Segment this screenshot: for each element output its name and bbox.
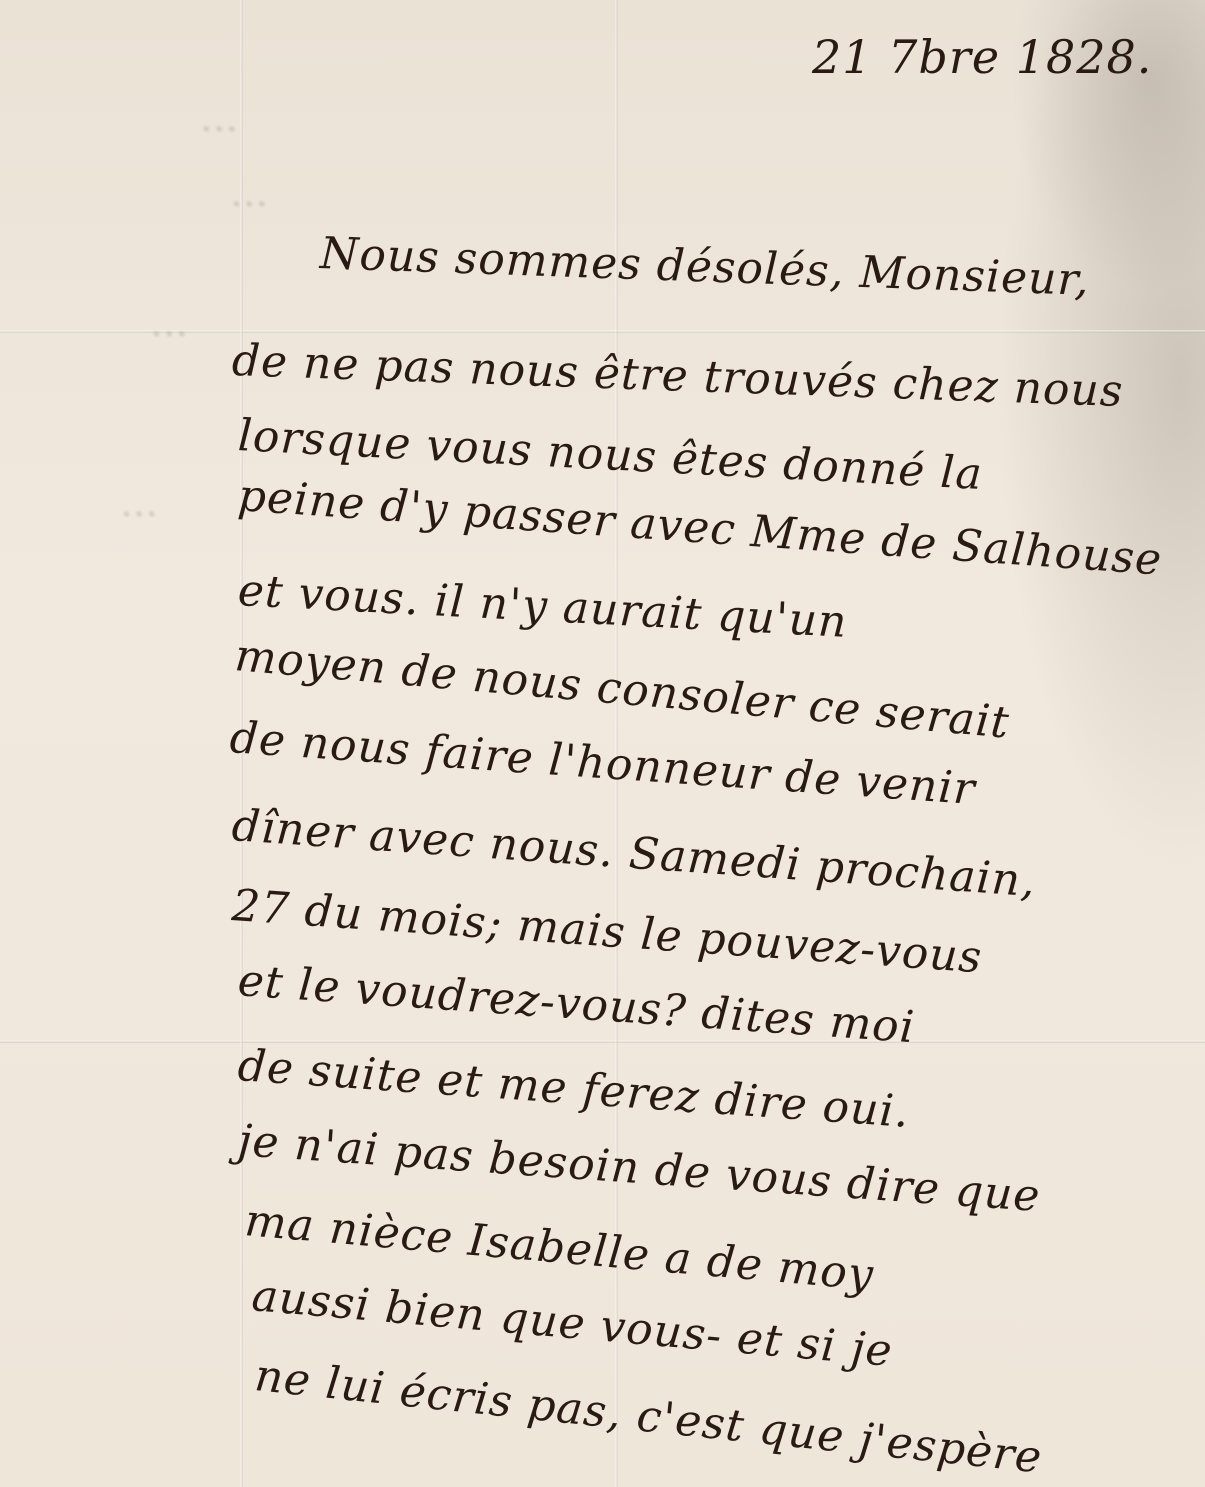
letter-line: et vous. il n'y aurait qu'un — [237, 565, 849, 648]
bleed-through-text: ... — [150, 300, 188, 346]
bleed-through-text: ... — [120, 480, 158, 526]
letter-line: de ne pas nous être trouvés chez nous — [231, 335, 1124, 417]
letter-line: Nous sommes désolés, Monsieur, — [319, 228, 1090, 306]
letter-page: ... ... ... ... 21 7bre 1828. Nous somme… — [0, 0, 1205, 1487]
fold-line-horizontal — [0, 1040, 1205, 1043]
letter-line: peine d'y passer avec Mme de Salhouse — [236, 470, 1164, 585]
letter-date: 21 7bre 1828. — [812, 30, 1152, 84]
bleed-through-text: ... — [230, 170, 268, 216]
letter-line: ne lui écris pas, c'est que j'espère — [252, 1350, 1044, 1483]
bleed-through-text: ... — [200, 95, 238, 141]
